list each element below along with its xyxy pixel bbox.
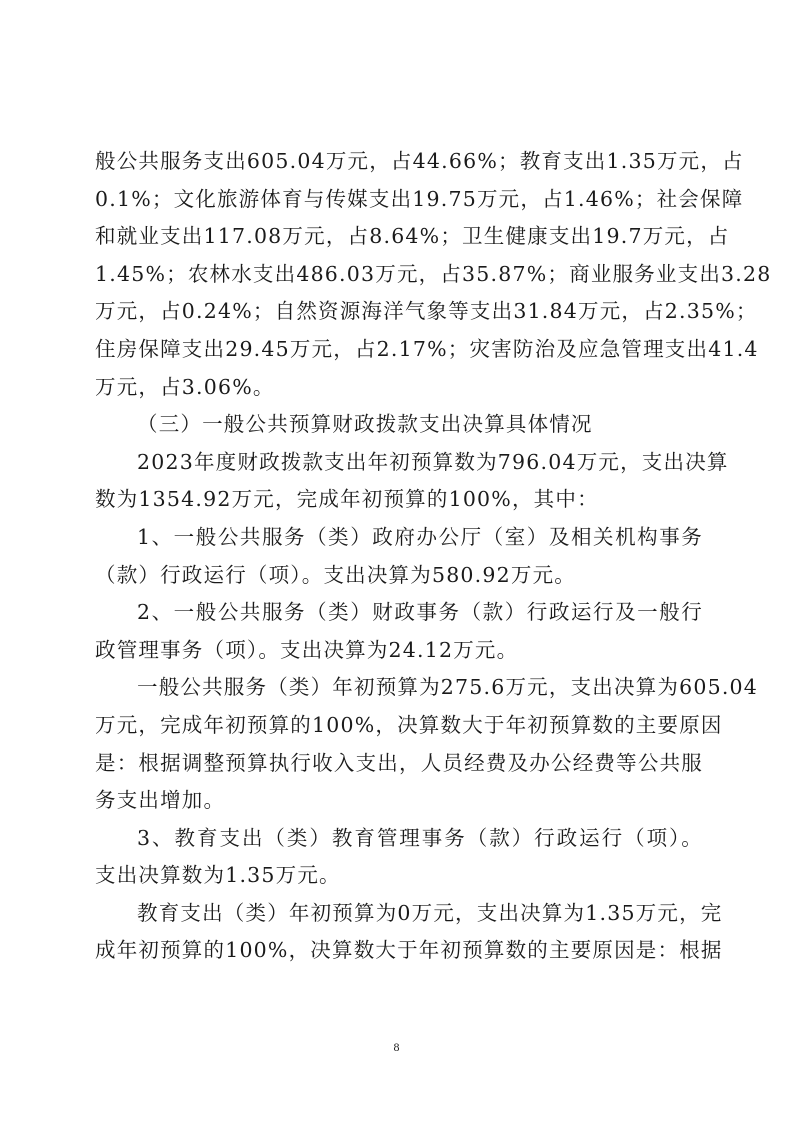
list-item-heading: 3、教育支出（类）教育管理事务（款）行政运行（项）。 <box>95 820 703 858</box>
text-line: 万元，占0.24%；自然资源海洋气象等支出31.84万元，占2.35%； <box>95 293 703 331</box>
list-item-heading: 1、一般公共服务（类）政府办公厅（室）及相关机构事务 <box>95 519 703 557</box>
text-line: （款）行政运行（项）。支出决算为580.92万元。 <box>95 557 703 595</box>
text-line: 般公共服务支出605.04万元，占44.66%；教育支出1.35万元，占 <box>95 143 703 181</box>
document-body: 般公共服务支出605.04万元，占44.66%；教育支出1.35万元，占 0.1… <box>95 143 703 970</box>
text-line: 万元，完成年初预算的100%，决算数大于年初预算数的主要原因 <box>95 707 703 745</box>
text-line: 住房保障支出29.45万元，占2.17%；灾害防治及应急管理支出41.4 <box>95 331 703 369</box>
text-line: 0.1%；文化旅游体育与传媒支出19.75万元，占1.46%；社会保障 <box>95 181 703 219</box>
page-number: 8 <box>0 1040 793 1055</box>
text-line: 1.45%；农林水支出486.03万元，占35.87%；商业服务业支出3.28 <box>95 256 703 294</box>
text-line: 是：根据调整预算执行收入支出，人员经费及办公经费等公共服 <box>95 745 703 783</box>
text-line: 支出决算数为1.35万元。 <box>95 857 703 895</box>
text-line: 教育支出（类）年初预算为0万元，支出决算为1.35万元，完 <box>95 895 703 933</box>
text-line: 成年初预算的100%，决算数大于年初预算数的主要原因是：根据 <box>95 932 703 970</box>
list-item-heading: 2、一般公共服务（类）财政事务（款）行政运行及一般行 <box>95 594 703 632</box>
text-line: 务支出增加。 <box>95 782 703 820</box>
text-line: 2023年度财政拨款支出年初预算数为796.04万元，支出决算 <box>95 444 703 482</box>
section-heading: （三）一般公共预算财政拨款支出决算具体情况 <box>95 406 703 444</box>
text-line: 一般公共服务（类）年初预算为275.6万元，支出决算为605.04 <box>95 669 703 707</box>
text-line: 万元，占3.06%。 <box>95 369 703 407</box>
text-line: 政管理事务（项）。支出决算为24.12万元。 <box>95 632 703 670</box>
text-line: 数为1354.92万元，完成年初预算的100%，其中： <box>95 481 703 519</box>
text-line: 和就业支出117.08万元，占8.64%；卫生健康支出19.7万元，占 <box>95 218 703 256</box>
